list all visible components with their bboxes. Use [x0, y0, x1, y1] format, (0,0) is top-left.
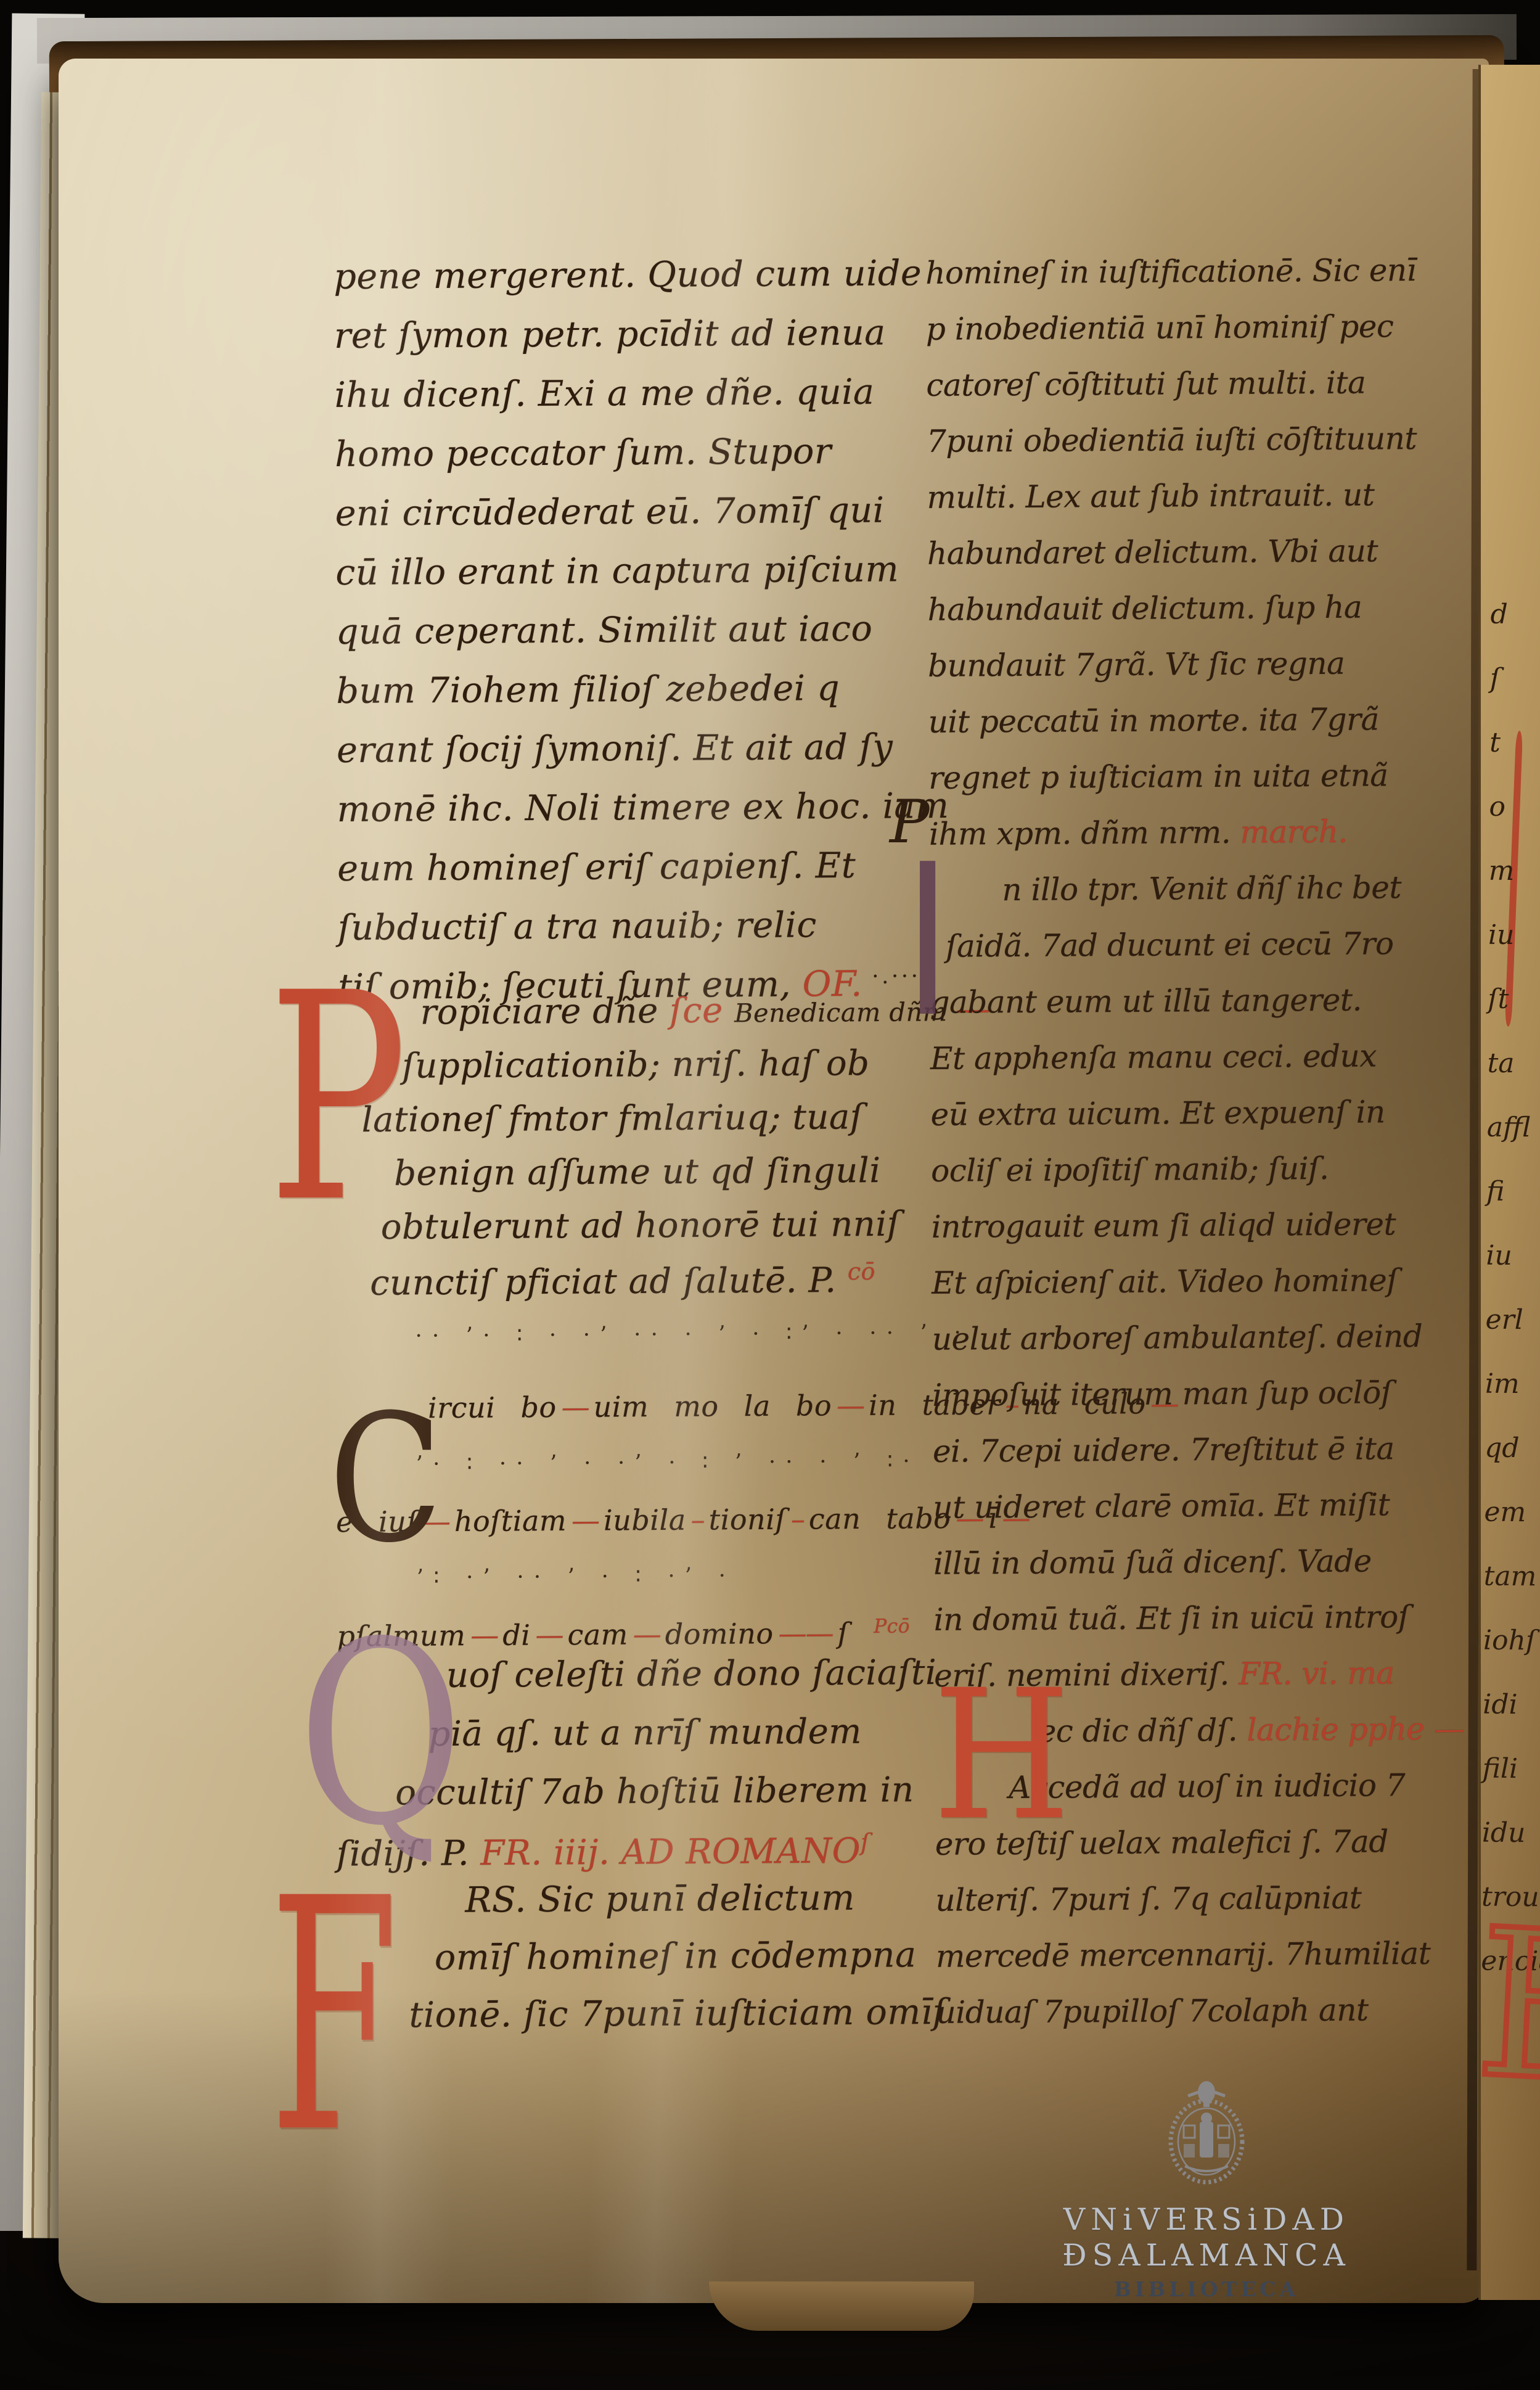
text-segment: ſupplicationib; nriſ. haſ ob: [402, 1043, 870, 1086]
manuscript-line: eriſ. nemini dixeriſ. FR. vi. ma: [934, 1654, 1489, 1714]
text-segment: ero teſtiſ uelax malefici ſ. 7ad: [935, 1823, 1388, 1862]
text-segment: march.: [1240, 814, 1348, 850]
text-segment: eni circūdederat eū. 7omīſ qui: [335, 490, 885, 534]
manuscript-line: ocliſ ei ipoſitiſ manib; ſuiſ.: [931, 1149, 1489, 1209]
text-segment: na culo: [1023, 1387, 1145, 1421]
manuscript-line: RS. Sic punī delictum: [465, 1877, 945, 1937]
manuscript-line: ei. 7cepi uidere. 7reſtitut ē ita: [933, 1430, 1489, 1490]
fore-edge-fragment: idi: [1483, 1673, 1539, 1738]
manuscript-line: ſidijſ. P. FR. iiij. AD ROMANOſ: [337, 1828, 938, 1891]
manuscript-line: uelut arboreſ ambulanteſ. deind: [932, 1318, 1489, 1378]
text-segment: e iuſ: [336, 1505, 417, 1538]
manuscript-line: cunctiſ pficiat ad ſalutē. P. cō: [370, 1257, 993, 1315]
manuscript-line: homineſ in iuſtificationē. Sic enī: [925, 252, 1489, 311]
text-segment: eū extra uicum. Et expuenſ in: [930, 1094, 1385, 1133]
manuscript-line: impoſuit iterum man ſup oclōſ: [932, 1374, 1489, 1434]
text-segment: lachie pphe —: [1247, 1711, 1464, 1748]
manuscript-line: Accedã ad uoſ in iudicio 7: [1009, 1767, 1489, 1826]
text-segment: bum 7iohem filioſ zebedei q: [336, 668, 840, 712]
text-segment: ec dic dñſ dſ.: [1038, 1712, 1247, 1749]
text-segment: homineſ in iuſtificationē. Sic enī: [925, 252, 1416, 291]
manuscript-line: ſupplicationib; nriſ. haſ ob: [402, 1043, 991, 1100]
fore-edge-fragment: iu: [1486, 1224, 1540, 1289]
margin-paragraph-mark: P: [890, 792, 930, 852]
text-segment: —: [567, 1504, 604, 1537]
text-segment: ropiciare dñe: [420, 991, 670, 1032]
manuscript-line: omīſ homineſ in cōdempna: [435, 1934, 946, 1995]
text-segment: ——: [773, 1617, 837, 1651]
manuscript-line: ret ſymon petr. pcīdit ad ienua: [334, 312, 946, 375]
purple-initial-Q: Q: [298, 1609, 464, 1861]
text-segment: —: [1145, 1387, 1182, 1420]
fore-edge-fragment: im: [1485, 1352, 1540, 1417]
watermark-library-name: BIBLIOTECA GENERAL HISTÓRICA: [1040, 2273, 1373, 2303]
chant-line: ’∶ ·’ ·· ’ · ∶ ·’ ·pſalmum—di—cam—domino…: [337, 1561, 1185, 1679]
text-segment: ſaidã. 7ad ducunt ei cecū 7ro: [946, 926, 1394, 964]
manuscript-line: erant ſocij ſymoniſ. Et ait ad ſy: [337, 726, 949, 789]
fore-edge-fragment: ſ: [1490, 647, 1540, 712]
fore-edge-fragment: t: [1489, 711, 1540, 776]
text-segment: multi. Lex aut ſub intrauit. ut: [927, 477, 1374, 515]
fore-edge-fragment: fili: [1482, 1737, 1538, 1802]
neume-notation: ’∶ ·’ ·· ’ · ∶ ·’ ·: [337, 1561, 1184, 1619]
text-segment: p inobedientiā unī hominiſ pec: [926, 308, 1394, 347]
chant-line: ·· ’· ∶ · ·’ ·· · ’ · ∶’ · ·· ’ ·ircui b…: [335, 1319, 1183, 1452]
text-segment: –: [1000, 1387, 1023, 1421]
manuscript-line: catoreſ cōſtituti ſut multi. ita: [926, 364, 1489, 424]
fore-edge-fragment: iu: [1488, 903, 1540, 968]
fore-edge-fragment: ſt: [1488, 967, 1540, 1032]
text-segment: Accedã ad uoſ in iudicio 7: [1009, 1767, 1405, 1805]
text-segment: illū in domū ſuã dicenſ. Vade: [933, 1543, 1372, 1581]
text-segment: –: [686, 1503, 708, 1537]
text-segment: uiduaſ 7pupilloſ 7colaph ant: [936, 1992, 1368, 2031]
manuscript-line: eū extra uicum. Et expuenſ in: [930, 1093, 1489, 1153]
text-segment: —: [997, 1501, 1034, 1534]
library-watermark: VNiVERSiDAD ĐSALAMANCA BIBLIOTECA GENERA…: [1040, 2074, 1373, 2303]
fore-edge-fragment: fi: [1486, 1160, 1540, 1225]
manuscript-line: cū illo erant in captura piſcium: [335, 549, 948, 612]
manuscript-line: ut uideret clarē omīa. Et miſit: [933, 1486, 1489, 1546]
text-segment: ulteriſ. 7puri ſ. 7q calūpniat: [935, 1880, 1361, 1918]
text-segment: n illo tpr. Venit dñſ ihc bet: [1002, 869, 1401, 908]
manuscript-line: ropiciare dñe ſce Benedicam dñm —: [420, 989, 991, 1046]
text-segment: piā qſ. ut a nrīſ mundem: [428, 1712, 862, 1754]
manuscript-line: pene mergerent. Quod cum uide: [334, 253, 946, 316]
fore-edge-fragment: em: [1484, 1480, 1540, 1545]
manuscript-line: quā ceperant. Similit aut iaco: [336, 608, 948, 671]
manuscript-line: ſaidã. 7ad ducunt ei cecū 7ro: [946, 925, 1489, 985]
text-segment: ſ: [861, 1829, 870, 1856]
text-segment: regnet p iuſticiam in uita etnã: [928, 757, 1388, 796]
manuscript-line: n illo tpr. Venit dñſ ihc bet: [1002, 869, 1489, 928]
fore-edge-fragment: qd: [1485, 1416, 1540, 1481]
manuscript-line: ihm xpm. dñm nrm. march.: [929, 813, 1489, 873]
text-segment: —: [417, 1505, 454, 1538]
text-segment: ircui bo: [428, 1390, 557, 1424]
brown-initial-C: C: [329, 1392, 443, 1567]
text-segment: impoſuit iterum man ſup oclōſ: [932, 1374, 1392, 1413]
text-segment: –: [786, 1503, 809, 1536]
manuscript-line: uiduaſ 7pupilloſ 7colaph ant: [936, 1991, 1489, 2051]
watermark-university-name-line1: VNiVERSiDAD: [1040, 2202, 1373, 2238]
text-segment: habundauit delictum. ſup ha: [927, 589, 1362, 628]
text-segment: —: [465, 1619, 502, 1652]
manuscript-line: habundauit delictum. ſup ha: [927, 588, 1489, 648]
manuscript-line: bum 7iohem filioſ zebedei q: [336, 667, 948, 730]
next-folio-fore-edge: dſtomiuſttaafflfiiuerlimqdemtamiohſidifi…: [1478, 65, 1540, 2300]
manuscript-line: in domū tuã. Et ſi in uicū introſ: [933, 1598, 1489, 1658]
fore-edge-fragment: ta: [1487, 1032, 1540, 1096]
text-segment: occultiſ 7ab hoſtiū liberem in: [395, 1770, 914, 1813]
text-segment: ſ: [837, 1616, 874, 1649]
text-segment: ocliſ ei ipoſitiſ manib; ſuiſ.: [931, 1151, 1329, 1189]
next-folio-text-fragments: dſtomiuſttaafflfiiuerlimqdemtamiohſidifi…: [1481, 583, 1540, 1994]
text-segment: 7puni obedientiā iuſti cōſtituunt: [927, 421, 1417, 459]
manuscript-line: multi. Lex aut ſub intrauit. ut: [927, 476, 1489, 536]
manuscript-line: 7puni obedientiā iuſti cōſtituunt: [927, 420, 1489, 480]
text-segment: —: [832, 1389, 869, 1422]
manuscript-line: ſubductiſ a tra nauib; relic: [338, 904, 950, 967]
manuscript-line: benign aſſume ut qd ſinguli: [394, 1150, 992, 1207]
neume-notation: ’· ∶ ·· ’ · ·’ · ∶ ’ ·· · ’ ∶·: [336, 1447, 1184, 1505]
university-seal-icon: [1160, 2074, 1253, 2191]
manuscript-line: piā qſ. ut a nrīſ mundem: [428, 1711, 937, 1773]
text-segment: —: [556, 1390, 593, 1424]
fore-edge-fragment: o: [1489, 775, 1540, 840]
maroon-initial-I: I: [904, 837, 951, 1046]
right-column-text: homineſ in iuſtificationē. Sic enīp inob…: [925, 252, 1489, 2051]
text-segment: in domū tuã. Et ſi in uicū introſ: [933, 1599, 1409, 1638]
text-segment: tionē. ſic 7punī iuſticiam omīſ: [409, 1992, 946, 2035]
text-segment: monē ihc. Noli timere ex hoc. iam: [337, 786, 949, 830]
text-segment: introgauit eum ſi aliqd uideret: [932, 1206, 1396, 1245]
manuscript-line: eum homineſ eriſ capienſ. Et: [337, 845, 949, 908]
manuscript-line: gabant eum ut illū tangeret.: [930, 981, 1489, 1041]
manuscript-line: ec dic dñſ dſ. lachie pphe —: [1038, 1710, 1489, 1770]
text-segment: OF.: [802, 964, 862, 1005]
watermark-university-name-line2: ĐSALAMANCA: [1040, 2238, 1373, 2273]
fore-edge-fragment: erl: [1485, 1288, 1540, 1353]
chant-line: ’· ∶ ·· ’ · ·’ · ∶ ’ ·· · ’ ∶·e iuſ—hoſt…: [336, 1447, 1184, 1566]
manuscript-line: mercedē mercennarij. 7humiliat: [936, 1935, 1489, 1995]
manuscript-line: monē ihc. Noli timere ex hoc. iam: [337, 786, 949, 848]
manuscript-line: regnet p iuſticiam in uita etnã: [928, 757, 1489, 816]
text-segment: homo peccator ſum. Stupor: [335, 431, 832, 475]
text-segment: catoreſ cōſtituti ſut multi. ita: [926, 365, 1366, 403]
left-column-gospel-text: pene mergerent. Quod cum uideret ſymon p…: [334, 253, 950, 1026]
chant-text: ircui bo—uim mo la bo—in taber–na culo—: [335, 1387, 1183, 1452]
manuscript-photo: pene mergerent. Quod cum uideret ſymon p…: [0, 0, 1540, 2390]
manuscript-line: uit peccatū in morte. ita 7grã: [928, 700, 1489, 760]
text-segment: Et apphenſa manu ceci. edux: [930, 1038, 1377, 1076]
neume-notation: ·· ’· ∶ · ·’ ·· · ’ · ∶’ · ·· ’ ·: [335, 1319, 1182, 1392]
text-segment: iubila: [604, 1503, 686, 1537]
text-segment: lationeſ fmtor fmlariuq; tuaſ: [361, 1097, 863, 1140]
text-segment: ei. 7cepi uidere. 7reſtitut ē ita: [933, 1431, 1395, 1469]
manuscript-line: habundaret delictum. Vbi aut: [927, 532, 1489, 592]
manuscript-line: Et aſpicienſ ait. Video homineſ: [932, 1262, 1489, 1321]
text-segment: uoſ celeſti dñe dono ſaciaſti: [446, 1653, 937, 1696]
red-initial-H: H: [933, 1667, 1070, 1846]
text-segment: habundaret delictum. Vbi aut: [927, 533, 1378, 571]
manuscript-line: Et apphenſa manu ceci. edux: [930, 1037, 1489, 1097]
left-column-postcommunion: uoſ celeſti dñe dono ſaciaſtipiā qſ. ut …: [335, 1653, 938, 1891]
text-segment: omīſ homineſ in cōdempna: [435, 1934, 917, 1978]
text-segment: ihu dicenſ. Exi a me dñe. quia: [334, 372, 874, 416]
text-segment: mercedē mercennarij. 7humiliat: [936, 1936, 1431, 1974]
manuscript-line: tiſ omib; ſecuti ſunt eum, OF. ·.···: [338, 963, 950, 1026]
manuscript-line: lationeſ fmtor fmlariuq; tuaſ: [361, 1096, 991, 1154]
text-segment: uelut arboreſ ambulanteſ. deind: [932, 1318, 1423, 1357]
next-folio-red-initial: B: [1472, 1902, 1540, 2113]
text-segment: —: [530, 1618, 567, 1651]
text-segment: cunctiſ pficiat ad ſalutē. P.: [370, 1260, 848, 1304]
text-segment: Et aſpicienſ ait. Video homineſ: [932, 1262, 1398, 1301]
text-segment: ·.···: [862, 964, 921, 989]
text-segment: FR. vi. ma: [1239, 1655, 1395, 1692]
manuscript-line: p inobedientiā unī hominiſ pec: [926, 308, 1489, 368]
manuscript-line: obtulerunt ad honorē tui nniſ: [381, 1204, 993, 1261]
fore-edge-fragment: d: [1490, 583, 1540, 647]
text-segment: uim mo la bo: [593, 1389, 832, 1423]
text-segment: Benedicam dñm: [734, 997, 956, 1028]
red-initial-F: F: [269, 1858, 398, 2178]
text-segment: erant ſocij ſymoniſ. Et ait ad ſy: [337, 727, 893, 771]
chant-text: e iuſ—hoſtiam—iubila–tioniſ–can tabo—ī—: [336, 1500, 1184, 1566]
text-segment: —: [951, 1501, 988, 1535]
manuscript-line: homo peccator ſum. Stupor: [335, 430, 947, 493]
text-segment: ſidijſ. P.: [337, 1833, 481, 1874]
fore-edge-fragment: tam: [1483, 1545, 1539, 1609]
text-segment: eriſ. nemini dixeriſ.: [934, 1656, 1239, 1694]
text-segment: —: [956, 989, 991, 1029]
fore-edge-fragment: iohſ: [1483, 1609, 1539, 1673]
manuscript-line: tionē. ſic 7punī iuſticiam omīſ: [409, 1992, 946, 2052]
text-segment: pene mergerent. Quod cum uide: [334, 253, 922, 297]
manuscript-line: introgauit eum ſi aliqd uideret: [932, 1205, 1489, 1265]
text-segment: ī: [988, 1501, 997, 1535]
text-segment: tiſ omib; ſecuti ſunt eum,: [338, 964, 803, 1008]
text-segment: ut uideret clarē omīa. Et miſit: [933, 1487, 1390, 1526]
text-segment: di: [502, 1619, 531, 1652]
manuscript-line: illū in domū ſuã dicenſ. Vade: [933, 1542, 1489, 1602]
text-segment: —: [628, 1617, 665, 1651]
fore-edge-fragment: idu: [1481, 1801, 1538, 1866]
text-segment: ſubductiſ a tra nauib; relic: [338, 905, 817, 948]
text-segment: obtulerunt ad honorē tui nniſ: [381, 1204, 901, 1247]
text-segment: cū illo erant in captura piſcium: [335, 549, 899, 593]
text-segment: FR. iiij. AD ROMANO: [480, 1831, 861, 1873]
chant-text: pſalmum—di—cam—domino——ſ Pcō: [337, 1614, 1184, 1679]
manuscript-line: bundauit 7grã. Vt ſic regna: [928, 644, 1489, 704]
text-segment: cō: [848, 1258, 876, 1285]
parchment-page: pene mergerent. Quod cum uideret ſymon p…: [59, 59, 1489, 2303]
fore-edge-fragment: affl: [1486, 1096, 1540, 1160]
manuscript-line: ero teſtiſ uelax malefici ſ. 7ad: [935, 1823, 1489, 1883]
manuscript-line: eni circūdederat eū. 7omīſ qui: [335, 490, 948, 552]
manuscript-line: occultiſ 7ab hoſtiū liberem in: [395, 1770, 938, 1831]
text-segment: ihm xpm. dñm nrm.: [929, 815, 1240, 852]
manuscript-line: ulteriſ. 7puri ſ. 7q calūpniat: [935, 1879, 1489, 1939]
text-segment: bundauit 7grã. Vt ſic regna: [928, 646, 1345, 684]
text-segment: quā ceperant. Similit aut iaco: [336, 609, 873, 652]
text-segment: benign aſſume ut qd ſinguli: [394, 1151, 881, 1194]
text-segment: RS. Sic punī delictum: [465, 1878, 855, 1921]
text-segment: Pcō: [874, 1616, 910, 1638]
text-segment: domino: [665, 1617, 774, 1651]
manuscript-line: uoſ celeſti dñe dono ſaciaſti: [446, 1653, 937, 1714]
manuscript-line: ihu dicenſ. Exi a me dñe. quia: [334, 371, 946, 434]
left-column-communion-chant: ·· ’· ∶ · ·’ ·· · ’ · ∶’ · ·· ’ ·ircui b…: [335, 1319, 1184, 1679]
text-segment: gabant eum ut illū tangeret.: [930, 982, 1362, 1020]
red-initial-P: P: [268, 956, 408, 1242]
left-column-epistle: RS. Sic punī delictumomīſ homineſ in cōd…: [335, 1877, 946, 2053]
left-column-offertory-prayer: ropiciare dñe ſce Benedicam dñm —ſupplic…: [361, 989, 992, 1315]
page-bottom-flap: [709, 2281, 974, 2331]
text-segment: cam: [567, 1618, 628, 1652]
text-segment: can tabo: [809, 1501, 951, 1535]
text-segment: hoſtiam: [454, 1504, 567, 1538]
text-segment: uit peccatū in morte. ita 7grã: [928, 701, 1379, 739]
fore-edge-fragment: m: [1488, 839, 1540, 904]
text-segment: ret ſymon petr. pcīdit ad ienua: [334, 313, 886, 356]
text-segment: tioniſ: [708, 1503, 786, 1537]
text-segment: pſalmum: [337, 1619, 465, 1653]
text-segment: in taber: [869, 1388, 1001, 1422]
text-segment: eum homineſ eriſ capienſ. Et: [337, 845, 856, 889]
text-segment: ſce: [670, 990, 734, 1031]
